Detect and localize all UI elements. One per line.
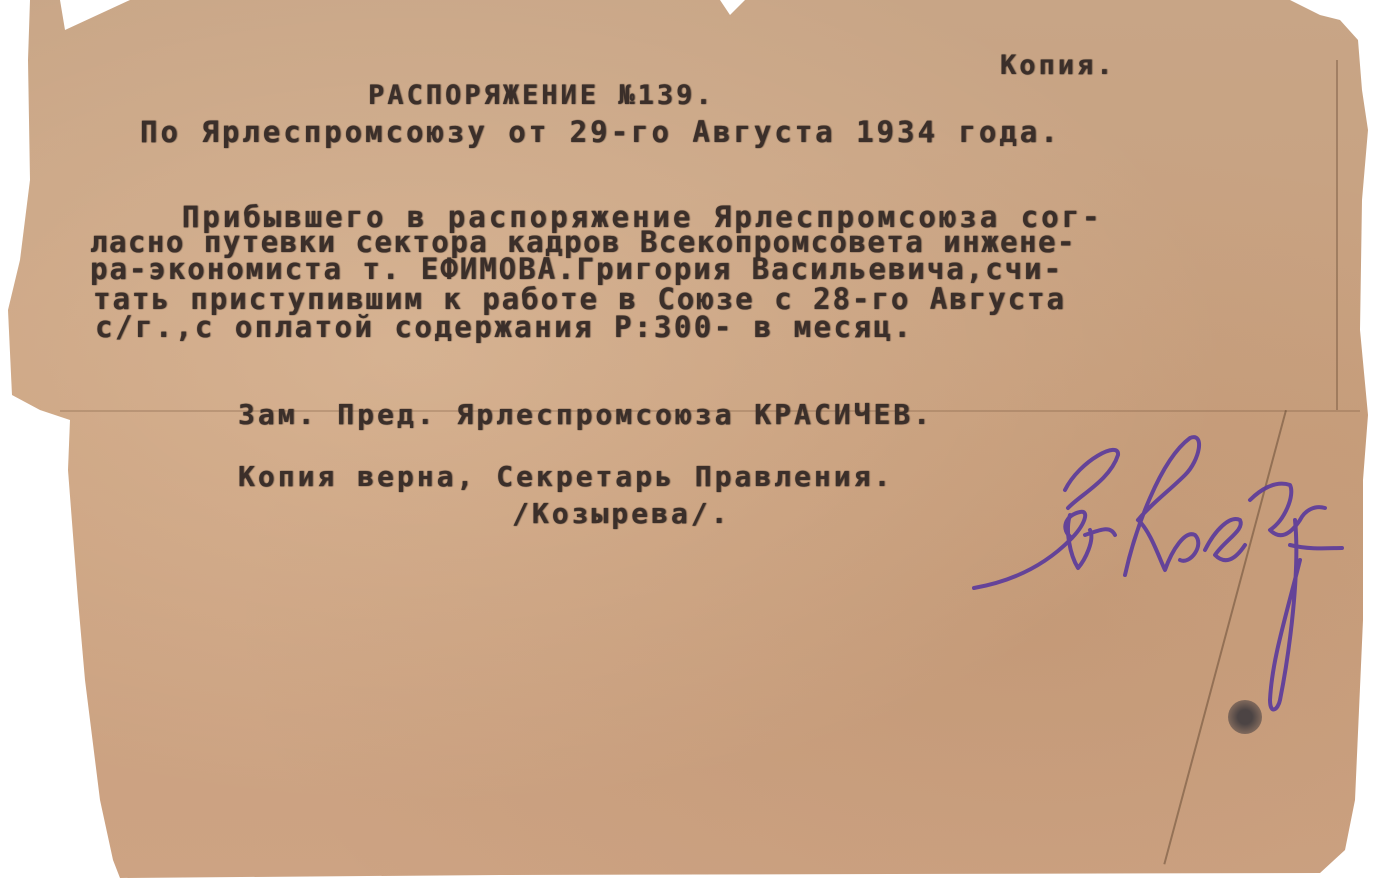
document-title: РАСПОРЯЖЕНИЕ №139.: [368, 80, 715, 111]
certification-line: Копия верна, Секретарь Правления.: [238, 460, 893, 493]
body-line-3: ра-экономиста т. ЕФИМОВА.Григория Василь…: [90, 252, 1063, 286]
signatory-line: Зам. Пред. Ярлеспромсоюза КРАСИЧЕВ.: [238, 398, 933, 431]
paper-fold-vertical: [1336, 60, 1338, 410]
certifier-name: /Козырева/.: [512, 497, 730, 530]
ink-blot: [1228, 700, 1262, 734]
copy-mark: Копия.: [1000, 50, 1116, 81]
body-line-5: с/г.,с оплатой содержания Р:300- в месяц…: [95, 310, 913, 344]
document-subtitle: По Ярлеспромсоюзу от 29-го Августа 1934 …: [140, 115, 1061, 149]
handwritten-signature-icon: [960, 420, 1375, 740]
